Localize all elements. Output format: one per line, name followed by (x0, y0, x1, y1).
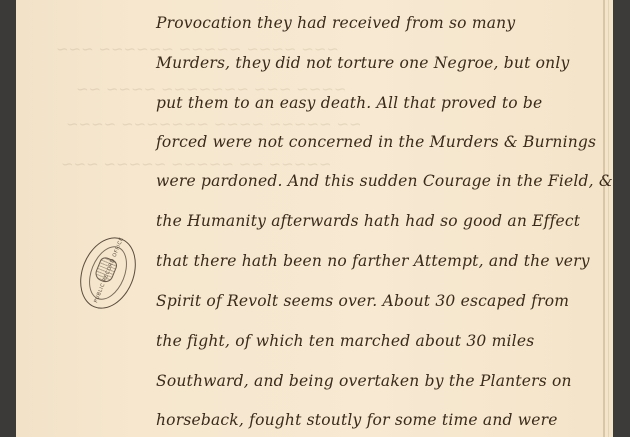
bleed-through-text: ~~ ~~~~~ ~~~~ ~~~~~~~ ~~~~ (66, 115, 362, 133)
manuscript-page: ~~~ ~~~~ ~~~~~ ~~~~~~ ~~~ ~~~~ ~~~ ~~~~~… (16, 0, 613, 437)
manuscript-line-9: the fight, of which ten marched about 30… (156, 332, 534, 350)
manuscript-line-3: put them to an easy death. All that prov… (156, 94, 542, 112)
manuscript-line-4: forced were not concerned in the Murders… (156, 133, 596, 151)
manuscript-line-11: horseback, fought stoutly for some time … (156, 411, 558, 429)
manuscript-line-7: that there hath been no farther Attempt,… (156, 252, 590, 270)
manuscript-line-1: Provocation they had received from so ma… (156, 14, 515, 32)
manuscript-line-8: Spirit of Revolt seems over. About 30 es… (156, 292, 569, 310)
bleed-through-text: ~~~~~ ~~ ~~~~~ ~~~~~ ~~~ (61, 155, 331, 173)
right-frame-border (613, 0, 630, 437)
page-edge-line (603, 0, 605, 437)
manuscript-line-5: were pardoned. And this sudden Courage i… (156, 172, 613, 190)
left-frame-border (0, 0, 16, 437)
manuscript-line-10: Southward, and being overtaken by the Pl… (156, 372, 572, 390)
page-edge-line-secondary (608, 0, 609, 437)
archive-stamp-icon: PUBLIC RECORD OFFICE (70, 229, 146, 317)
manuscript-line-2: Murders, they did not torture one Negroe… (156, 54, 569, 72)
manuscript-line-6: the Humanity afterwards hath had so good… (156, 212, 580, 230)
